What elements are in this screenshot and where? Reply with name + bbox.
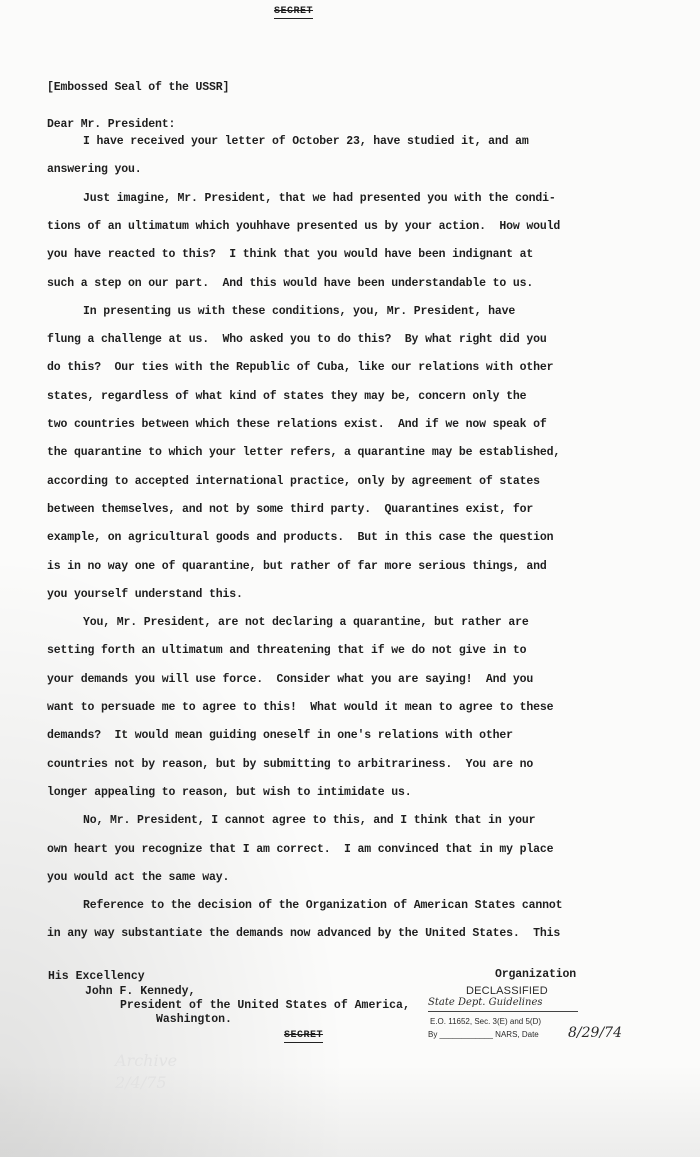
letter-line: No, Mr. President, I cannot agree to thi… — [83, 814, 535, 828]
addressee-line-3: President of the United States of Americ… — [120, 999, 410, 1013]
letter-line: In presenting us with these conditions, … — [83, 305, 515, 319]
stamp-title: DECLASSIFIED — [466, 985, 548, 997]
addressee-line-2: John F. Kennedy, — [85, 985, 195, 999]
letter-line: such a step on our part. And this would … — [47, 277, 533, 291]
seal-note: [Embossed Seal of the USSR] — [47, 81, 229, 95]
faint-pencil-note: Archive 2/4/75 — [115, 1050, 177, 1094]
letter-line: according to accepted international prac… — [47, 475, 540, 489]
salutation: Dear Mr. President: — [47, 118, 175, 132]
letter-line: countries not by reason, but by submitti… — [47, 758, 533, 772]
addressee-line-1: His Excellency — [48, 970, 145, 984]
letter-line: own heart you recognize that I am correc… — [47, 843, 553, 857]
letter-line: is in no way one of quarantine, but rath… — [47, 560, 547, 574]
letter-line: you have reacted to this? I think that y… — [47, 248, 533, 262]
stamp-by: By ____________ NARS, Date — [428, 1030, 539, 1039]
letter-line: between themselves, and not by some thir… — [47, 503, 533, 517]
classification-marking-top: SECRET — [274, 6, 313, 19]
letter-line: setting forth an ultimatum and threateni… — [47, 644, 526, 658]
stamp-authority: E.O. 11652, Sec. 3(E) and 5(D) — [430, 1017, 541, 1026]
letter-line: Reference to the decision of the Organiz… — [83, 899, 562, 913]
document-page: SECRET [Embossed Seal of the USSR] Dear … — [0, 0, 700, 1157]
letter-line: example, on agricultural goods and produ… — [47, 531, 553, 545]
letter-line: answering you. — [47, 163, 142, 177]
faint-note-line-2: 2/4/75 — [115, 1072, 177, 1094]
continuation-word: Organization — [495, 968, 576, 982]
addressee-line-4: Washington. — [156, 1013, 232, 1027]
letter-line: want to persuade me to agree to this! Wh… — [47, 701, 553, 715]
letter-line: states, regardless of what kind of state… — [47, 390, 526, 404]
letter-line: you yourself understand this. — [47, 588, 243, 602]
letter-line: tions of an ultimatum which youhhave pre… — [47, 220, 560, 234]
letter-line: your demands you will use force. Conside… — [47, 673, 533, 687]
letter-line: You, Mr. President, are not declaring a … — [83, 616, 529, 630]
letter-line: the quarantine to which your letter refe… — [47, 446, 560, 460]
letter-line: longer appealing to reason, but wish to … — [47, 786, 412, 800]
letter-line: flung a challenge at us. Who asked you t… — [47, 333, 547, 347]
letter-line: in any way substantiate the demands now … — [47, 927, 560, 941]
letter-line: two countries between which these relati… — [47, 418, 547, 432]
letter-line: demands? It would mean guiding oneself i… — [47, 729, 513, 743]
stamp-date: 8/29/74 — [568, 1025, 622, 1041]
faint-note-line-1: Archive — [115, 1050, 177, 1072]
letter-line: I have received your letter of October 2… — [83, 135, 529, 149]
letter-line: do this? Our ties with the Republic of C… — [47, 361, 553, 375]
letter-line: you would act the same way. — [47, 871, 229, 885]
stamp-signature: State Dept. Guidelines — [428, 997, 578, 1012]
letter-line: Just imagine, Mr. President, that we had… — [83, 192, 556, 206]
classification-marking-bottom: SECRET — [284, 1030, 323, 1043]
